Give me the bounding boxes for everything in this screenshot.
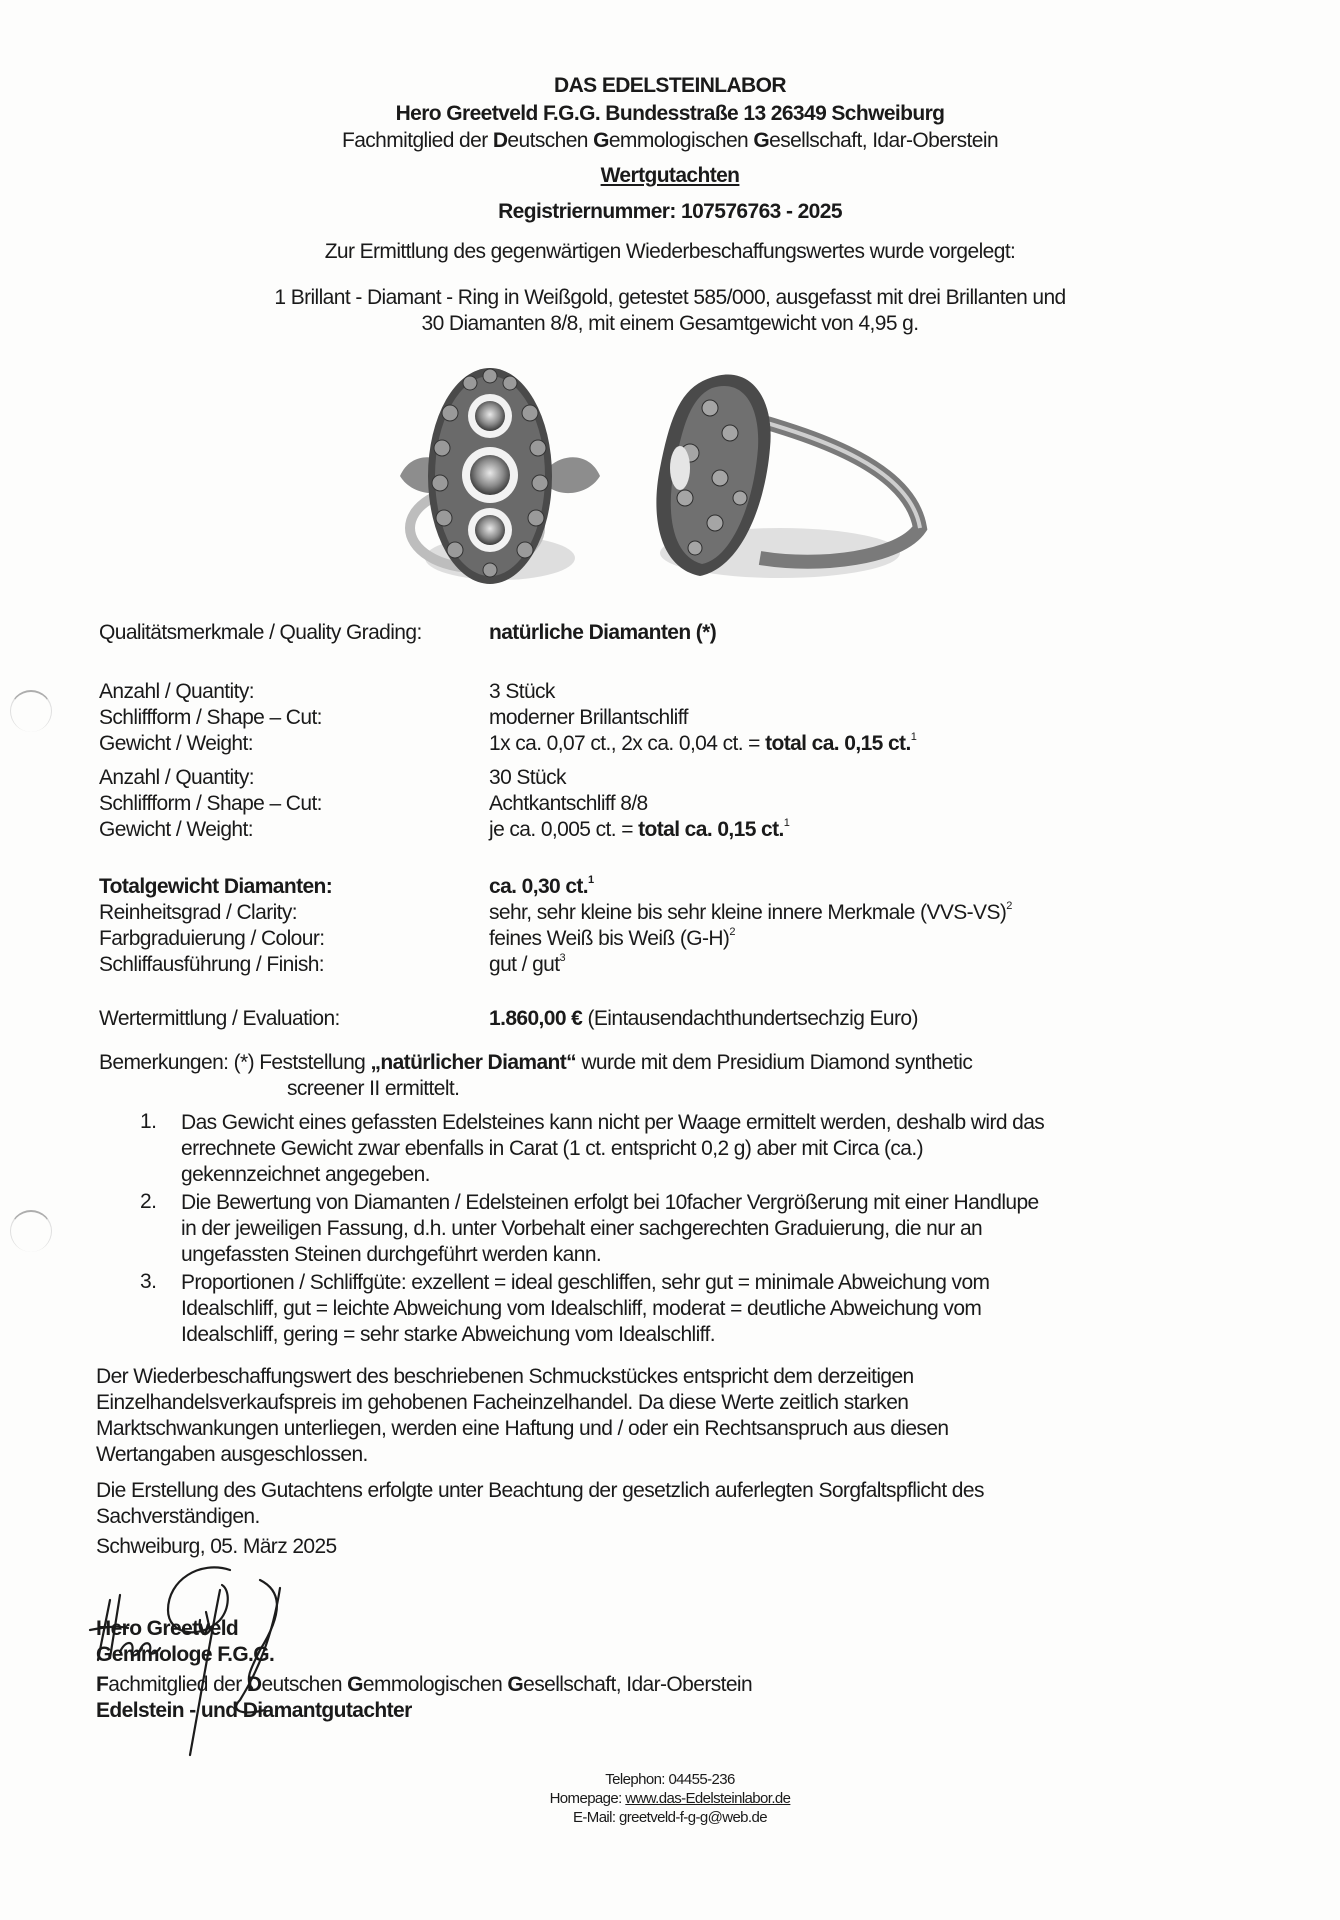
footer-email: E-Mail: greetveld-f-g-g@web.de [0,1809,1340,1826]
footer-phone: Telephon: 04455-236 [0,1771,1340,1788]
g2-weight-label: Gewicht / Weight: [99,818,253,842]
remarks: Bemerkungen: (*) Feststellung „natürlich… [99,1050,972,1102]
diligence-statement: Die Erstellung des Gutachtens erfolgte u… [96,1478,984,1530]
ring-photos [380,358,940,588]
colour-value: feines Weiß bis Weiß (G-H)2 [489,927,735,951]
item-description: 1 Brillant - Diamant - Ring in Weißgold,… [0,285,1340,337]
g2-weight-value: je ca. 0,005 ct. = total ca. 0,15 ct.1 [489,818,789,842]
g2-quantity-label: Anzahl / Quantity: [99,766,254,790]
intro-text: Zur Ermittlung des gegenwärtigen Wiederb… [0,240,1340,264]
note-3: Proportionen / Schliffgüte: exzellent = … [181,1270,989,1348]
total-weight-value: ca. 0,30 ct.1 [489,875,594,899]
grading-value: natürliche Diamanten (*) [489,621,716,645]
disclaimer: Der Wiederbeschaffungswert des beschrieb… [96,1364,948,1468]
g2-shape-value: Achtkantschliff 8/8 [489,792,648,816]
ring-front-photo [380,358,620,588]
clarity-value: sehr, sehr kleine bis sehr kleine innere… [489,901,1012,925]
note-1: Das Gewicht eines gefassten Edelsteines … [181,1110,1044,1188]
signer-role: Gemmologe F.G.G. [96,1642,274,1668]
appraisal-document: DAS EDELSTEINLABOR Hero Greetveld F.G.G.… [0,0,1340,1920]
lab-name: DAS EDELSTEINLABOR [0,74,1340,98]
finish-value: gut / gut3 [489,953,565,977]
document-title: Wertgutachten [0,164,1340,188]
homepage-link[interactable]: www.das-Edelsteinlabor.de [625,1790,790,1807]
lab-membership: Fachmitglied der Deutschen Gemmologische… [0,129,1340,153]
note-number: 2. [140,1190,156,1214]
note-2: Die Bewertung von Diamanten / Edelsteine… [181,1190,1039,1268]
grading-label: Qualitätsmerkmale / Quality Grading: [99,621,422,645]
g1-shape-value: moderner Brillantschliff [489,706,688,730]
note-number: 1. [140,1110,156,1134]
registration-number: Registriernummer: 107576763 - 2025 [0,200,1340,224]
g1-weight-value: 1x ca. 0,07 ct., 2x ca. 0,04 ct. = total… [489,732,916,756]
punch-hole-mark [10,1210,52,1252]
place-date: Schweiburg, 05. März 2025 [96,1534,337,1560]
lab-address: Hero Greetveld F.G.G. Bundesstraße 13 26… [0,102,1340,126]
signer-title: Edelstein - und Diamantgutachter [96,1698,412,1724]
signer-name: Hero Greetveld [96,1616,238,1642]
g1-quantity-value: 3 Stück [489,680,555,704]
note-number: 3. [140,1270,156,1294]
evaluation-label: Wertermittlung / Evaluation: [99,1007,340,1031]
colour-label: Farbgraduierung / Colour: [99,927,324,951]
clarity-label: Reinheitsgrad / Clarity: [99,901,297,925]
finish-label: Schliffausführung / Finish: [99,953,324,977]
g1-quantity-label: Anzahl / Quantity: [99,680,254,704]
evaluation-value: 1.860,00 € (Eintausendachthundertsechzig… [489,1007,918,1031]
signer-membership: Fachmitglied der Deutschen Gemmologische… [96,1672,752,1698]
g1-weight-label: Gewicht / Weight: [99,732,253,756]
ring-side-photo [620,358,940,588]
g2-shape-label: Schliffform / Shape – Cut: [99,792,322,816]
g2-quantity-value: 30 Stück [489,766,566,790]
g1-shape-label: Schliffform / Shape – Cut: [99,706,322,730]
punch-hole-mark [10,690,52,732]
footer-homepage: Homepage: www.das-Edelsteinlabor.de [0,1790,1340,1807]
total-weight-label: Totalgewicht Diamanten: [99,875,332,899]
